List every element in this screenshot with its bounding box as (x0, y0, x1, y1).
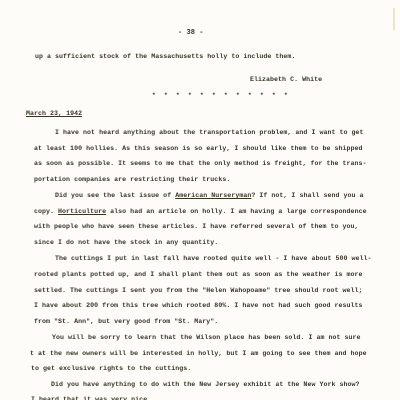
paper-edge-mark (393, 8, 395, 30)
publication-title-american-nurseryman: American Nurseryman (175, 192, 251, 199)
publication-title-horticulture: Horticulture (58, 208, 106, 215)
paragraph-2-line-1: Did you see the last issue of American N… (55, 192, 364, 200)
carryover-line: up a sufficient stock of the Massachuset… (35, 53, 295, 61)
p2-text: copy. (34, 208, 58, 215)
paragraph-1-line-2: at least 100 hollies. As this season is … (34, 145, 363, 153)
paragraph-3-line-1: The cuttings I put in last fall have roo… (55, 255, 372, 263)
paragraph-1-line-4: portation companies are restricting thei… (34, 176, 230, 184)
paragraph-4-line-2: t at the new owners will be interested i… (30, 350, 367, 358)
letter-date: March 23, 1942 (26, 110, 82, 118)
section-separator: * * * * * * * * * * * * (152, 92, 290, 100)
paragraph-1-line-1: I have not heard anything about the tran… (55, 129, 364, 137)
page-number: - 38 - (178, 29, 204, 37)
paragraph-2-line-4: since I do not have the stock in any qua… (34, 239, 218, 247)
paragraph-3-line-5: from "St. Ann", but very good from "St. … (34, 318, 218, 326)
p2-text: Did you see the last issue of (55, 192, 175, 199)
document-page: - 38 - up a sufficient stock of the Mass… (0, 0, 400, 400)
paragraph-3-line-2: rooted plants potted up, and I shall pla… (34, 271, 363, 279)
paragraph-5-line-1: Did you have anything to do with the New… (51, 381, 360, 389)
paragraph-1-line-3: as soon as possible. It seems to me that… (34, 160, 367, 168)
p2-text: also had an article on holly. I am havin… (106, 208, 366, 215)
paragraph-2-line-2: copy. Horticulture also had an article o… (34, 208, 367, 216)
signature: Elizabeth C. White (250, 76, 322, 84)
paragraph-3-line-4: I have about 200 from this tree which ro… (34, 302, 363, 310)
p2-text: ? If not, I shall send you a (251, 192, 363, 199)
paragraph-4-line-3: to get exclusive rights to the cuttings. (31, 365, 191, 373)
paragraph-2-line-3: with people who have seen these articles… (34, 223, 359, 231)
paragraph-4-line-1: You will be sorry to learn that the Wils… (52, 334, 361, 342)
paragraph-3-line-3: settled. The cuttings I sent you from th… (34, 287, 363, 295)
paragraph-5-line-2: I heard that it was very nice. (31, 396, 151, 400)
